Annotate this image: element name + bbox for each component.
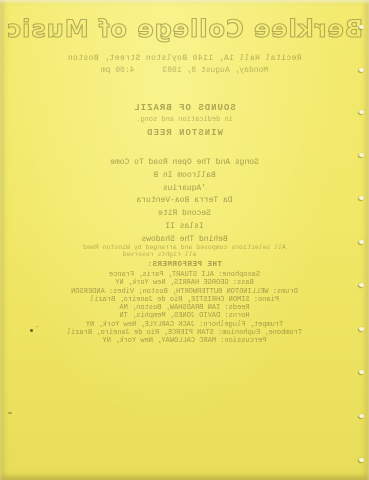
scanned-page: Berklee College of Music Recital Hall 1A…	[0, 0, 369, 480]
program-list: Songs And The Open Road To Come Ballroom…	[0, 157, 369, 247]
personnel-item: Horns: DAVID JONES, Memphis, TN	[0, 312, 369, 320]
punch-hole	[359, 153, 364, 157]
personnel-item: Piano: SIMON CHRISTIE, Rio de Janeiro, B…	[0, 296, 369, 304]
venue-address-line: Recital Hall 1A, 1140 Boylston Street, B…	[0, 54, 369, 63]
program-item: Islas II	[0, 221, 369, 234]
credit-line: All selections composed and arranged by …	[0, 244, 369, 251]
personnel-item: Saxophone: ALI STUART, Paris, France	[0, 271, 369, 279]
time-text: 4:00 pm	[101, 66, 135, 75]
punch-hole	[359, 414, 364, 418]
paper-speck	[8, 412, 12, 414]
personnel-item: Bass: GEORGE HARRIS, New York, NY	[0, 279, 369, 287]
bleed-through-layer: Berklee College of Music Recital Hall 1A…	[0, 0, 369, 480]
personnel-item: Percussion: MARC CALLOWAY, New York, NY	[0, 337, 369, 345]
punch-hole	[359, 327, 364, 331]
punch-hole	[359, 110, 364, 114]
punch-hole	[359, 68, 364, 72]
recital-title: SOUNDS OF BRAZIL	[0, 103, 369, 113]
personnel-item: Reeds: IAN BRADSHAW, Boston, MA	[0, 304, 369, 312]
program-item: Da Terra Boa-Ventura	[0, 195, 369, 208]
credit-note-line: all rights reserved	[0, 251, 369, 258]
punch-hole	[359, 240, 364, 244]
personnel-item: Drums: WELLINGTON BUTTERWORTH, Boston; V…	[0, 288, 369, 296]
personnel-list: Saxophone: ALI STUART, Paris, France Bas…	[0, 271, 369, 346]
personnel-heading: THE PERFORMERS:	[0, 261, 369, 269]
punch-hole	[359, 458, 364, 462]
program-item: Ballroom In B	[0, 170, 369, 183]
program-item: Songs And The Open Road To Come	[0, 157, 369, 170]
recital-subtitle: in dedication and song.	[0, 116, 369, 124]
masthead-logo: Berklee College of Music	[0, 15, 369, 43]
paper-speck	[30, 329, 33, 332]
program-item: 'Aquarius	[0, 183, 369, 196]
punch-hole	[359, 25, 364, 29]
paper-speck	[36, 326, 38, 327]
punch-hole	[359, 196, 364, 200]
punch-hole	[359, 283, 364, 287]
punch-hole	[359, 370, 364, 374]
date-text: Monday, August 8, 1983	[163, 66, 269, 75]
personnel-item: Trombone, Euphonium: STAN PIERCE, Rio de…	[0, 329, 369, 337]
personnel-item: Trumpet, Flugelhorn: JACK CARLYLE, New Y…	[0, 321, 369, 329]
performer-name: WINSTON REED	[0, 128, 369, 138]
program-item: Second Rite	[0, 208, 369, 221]
date-time-line: Monday, August 8, 19834:00 pm	[0, 66, 369, 75]
